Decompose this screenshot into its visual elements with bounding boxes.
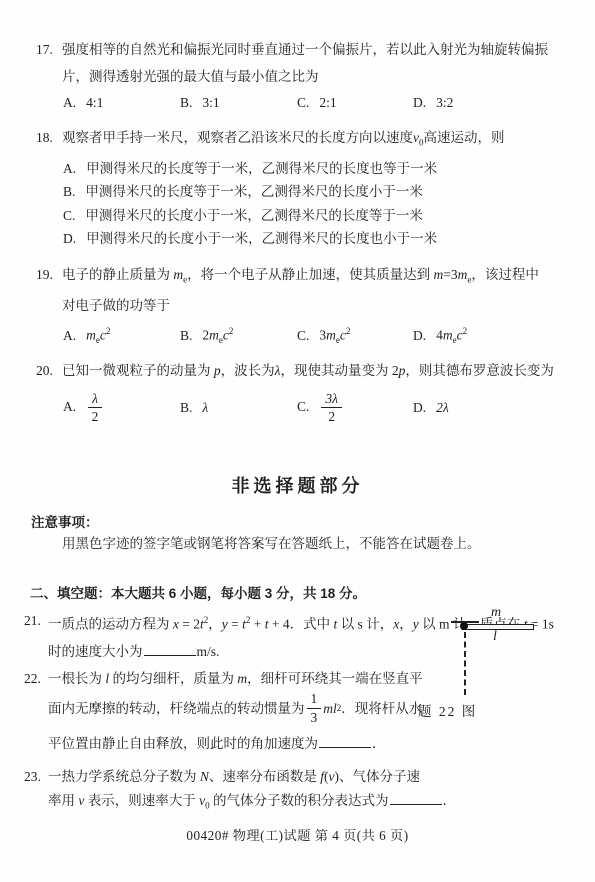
text-segment: + bbox=[250, 616, 264, 631]
option-d: D.2λ bbox=[413, 400, 571, 416]
option-label: D. bbox=[413, 400, 426, 415]
option-a: A.4:1 bbox=[63, 90, 180, 116]
question-text-line2: 片，测得透射光强的最大值与最小值之比为 bbox=[62, 63, 571, 90]
option-b: B.λ bbox=[180, 400, 297, 416]
question-20: 20. 已知一微观粒子的动量为 p，波长为λ，现使其动量变为 2p，则其德布罗意… bbox=[36, 357, 571, 430]
option-label: C. bbox=[297, 95, 309, 110]
question-number: 22. bbox=[24, 665, 48, 692]
text-segment: 高速运动，则 bbox=[424, 130, 505, 145]
question-text-line2: 率用 v 表示，则速率大于 v0 的气体分子数的积分表达式为． bbox=[48, 789, 575, 818]
rod-length-label: l bbox=[493, 629, 497, 645]
fraction-denominator: 3 bbox=[307, 709, 322, 726]
text-segment: 以 s 计， bbox=[337, 616, 393, 631]
math-var: m bbox=[458, 267, 468, 282]
question-18: 18. 观察者甲手持一米尺，观察者乙沿该米尺的长度方向以速度v0高速运动，则 A… bbox=[36, 124, 571, 251]
text-segment: 的均匀细杆，质量为 bbox=[109, 671, 237, 686]
fraction: 13 bbox=[307, 691, 322, 725]
math-sup: 2 bbox=[106, 326, 111, 336]
math-var: m bbox=[209, 328, 219, 343]
question-number: 20. bbox=[36, 357, 62, 384]
option-label: B. bbox=[180, 400, 192, 415]
option-label: B. bbox=[180, 95, 192, 110]
text-segment: 一热力学系统总分子数为 bbox=[48, 769, 200, 784]
text-segment: 表示，则速率大于 bbox=[84, 793, 199, 808]
fraction: λ2 bbox=[88, 391, 102, 425]
text-segment: 一质点的运动方程为 bbox=[48, 616, 173, 631]
option-a: A.甲测得米尺的长度等于一米，乙测得米尺的长度也等于一米 bbox=[63, 157, 571, 181]
options-row: A.λ2 B.λ C.3λ2 D.2λ bbox=[63, 386, 571, 430]
fraction: 3λ2 bbox=[321, 391, 342, 425]
text-segment: ，波长为 bbox=[221, 363, 275, 378]
rod-figure: m l 题 22 图 bbox=[415, 608, 580, 723]
rod-bar bbox=[462, 624, 534, 630]
answer-blank bbox=[144, 642, 196, 656]
notice-text: 用黑色字迹的签字笔或钢笔将答案写在答题纸上，不能答在试题卷上。 bbox=[62, 535, 595, 553]
notice-title: 注意事项： bbox=[31, 514, 595, 532]
option-label: B. bbox=[63, 184, 75, 199]
answer-blank bbox=[319, 734, 371, 748]
option-b: B.2mec2 bbox=[180, 318, 297, 353]
text-segment: ，现使其动量变为 2 bbox=[280, 363, 398, 378]
text-segment: 、气体分子速 bbox=[339, 769, 420, 784]
option-label: A. bbox=[63, 399, 76, 414]
option-b: B.甲测得米尺的长度等于一米，乙测得米尺的长度小于一米 bbox=[63, 180, 571, 204]
math-var: m bbox=[434, 267, 444, 282]
question-number: 18. bbox=[36, 124, 62, 157]
math-var: ml bbox=[323, 695, 337, 722]
text-segment: ，细杆可环绕其一端在竖直平 bbox=[247, 671, 423, 686]
text-segment: 面内无摩擦的转动，杆绕端点的转动惯量为 bbox=[48, 695, 305, 722]
text-segment: 已知一微观粒子的动量为 bbox=[62, 363, 214, 378]
option-label: D. bbox=[413, 328, 426, 343]
text-segment: m/s. bbox=[197, 644, 220, 659]
text-segment: ， bbox=[399, 616, 413, 631]
fill-in-header: 二、填空题：本大题共 6 小题，每小题 3 分，共 18 分。 bbox=[30, 584, 595, 604]
option-c: C.甲测得米尺的长度小于一米，乙测得米尺的长度等于一米 bbox=[63, 204, 571, 228]
math-var: m bbox=[86, 328, 96, 343]
option-text: 4:1 bbox=[86, 95, 103, 110]
text-segment: 时的速度大小为 bbox=[48, 644, 143, 659]
question-23: 23. 一热力学系统总分子数为 N、速率分布函数是 f(v)、气体分子速 率用 … bbox=[24, 765, 575, 818]
text-segment: =3 bbox=[443, 267, 457, 282]
options-row: A.mec2 B.2mec2 C.3mec2 D.4mec2 bbox=[63, 318, 571, 353]
option-a: A.mec2 bbox=[63, 318, 180, 353]
option-text: 3:2 bbox=[436, 95, 453, 110]
math-var: m bbox=[326, 328, 336, 343]
option-c: C.2:1 bbox=[297, 90, 413, 116]
math-sup: 2 bbox=[229, 326, 234, 336]
question-text-line1: 观察者甲手持一米尺，观察者乙沿该米尺的长度方向以速度v0高速运动，则 bbox=[62, 124, 571, 157]
option-d: D.甲测得米尺的长度小于一米，乙测得米尺的长度也小于一米 bbox=[63, 227, 571, 251]
math-sup: 2 bbox=[346, 326, 351, 336]
question-number: 17. bbox=[36, 36, 62, 63]
figure-caption: 题 22 图 bbox=[418, 700, 477, 720]
option-text: 3:1 bbox=[202, 95, 219, 110]
option-d: D.3:2 bbox=[413, 90, 571, 116]
option-label: D. bbox=[63, 231, 76, 246]
option-text: 甲测得米尺的长度等于一米，乙测得米尺的长度也等于一米 bbox=[86, 161, 437, 176]
math-var: m bbox=[237, 671, 247, 686]
option-label: A. bbox=[63, 95, 76, 110]
text-segment: ，则其德布罗意波长变为 bbox=[405, 363, 554, 378]
text-segment: = bbox=[228, 616, 242, 631]
text-segment: 一根长为 bbox=[48, 671, 105, 686]
question-text-line3: 平位置由静止自由释放，则此时的角加速度为． bbox=[48, 730, 575, 757]
question-19: 19. 电子的静止质量为 me，将一个电子从静止加速，使其质量达到 m=3me，… bbox=[36, 261, 571, 354]
text-segment: ．现将杆从水 bbox=[341, 695, 422, 722]
math-var: m bbox=[173, 267, 183, 282]
section-title: 非选择题部分 bbox=[0, 473, 595, 499]
option-label: D. bbox=[413, 95, 426, 110]
answer-blank bbox=[390, 791, 442, 805]
option-d: D.4mec2 bbox=[413, 318, 571, 353]
text-segment: 电子的静止质量为 bbox=[62, 267, 173, 282]
question-number: 23. bbox=[24, 765, 48, 789]
text-segment: ，该过程中 bbox=[471, 267, 539, 282]
option-label: A. bbox=[63, 328, 76, 343]
math-sup: 2 bbox=[463, 326, 468, 336]
option-text: λ bbox=[202, 400, 208, 415]
question-number: 19. bbox=[36, 261, 62, 294]
fraction-numerator: 1 bbox=[307, 691, 322, 709]
option-c: C.3mec2 bbox=[297, 318, 413, 353]
option-label: B. bbox=[180, 328, 192, 343]
question-17: 17. 强度相等的自然光和偏振光同时垂直通过一个偏振片，若以此入射光为轴旋转偏振… bbox=[36, 36, 571, 116]
question-text-line1: 已知一微观粒子的动量为 p，波长为λ，现使其动量变为 2p，则其德布罗意波长变为 bbox=[62, 357, 571, 384]
option-label: C. bbox=[297, 328, 309, 343]
exam-page: 17. 强度相等的自然光和偏振光同时垂直通过一个偏振片，若以此入射光为轴旋转偏振… bbox=[0, 0, 595, 882]
text-segment: 平位置由静止自由释放，则此时的角加速度为 bbox=[48, 736, 318, 751]
option-a: A.λ2 bbox=[63, 391, 180, 425]
option-text: 甲测得米尺的长度等于一米，乙测得米尺的长度小于一米 bbox=[85, 184, 423, 199]
rod-mass-label: m bbox=[491, 605, 501, 621]
option-label: A. bbox=[63, 161, 76, 176]
text-segment: ， bbox=[208, 616, 222, 631]
options-row: A.4:1 B.3:1 C.2:1 D.3:2 bbox=[63, 90, 571, 116]
option-label: C. bbox=[63, 208, 75, 223]
option-text: 甲测得米尺的长度小于一米，乙测得米尺的长度也小于一米 bbox=[86, 231, 437, 246]
text-segment: ． bbox=[372, 736, 386, 751]
text-segment: ． bbox=[443, 793, 457, 808]
option-text: 甲测得米尺的长度小于一米，乙测得米尺的长度等于一米 bbox=[85, 208, 423, 223]
pivot-dot bbox=[460, 622, 468, 630]
text-segment: 的气体分子数的积分表达式为 bbox=[210, 793, 389, 808]
text-segment: 观察者甲手持一米尺，观察者乙沿该米尺的长度方向以速度 bbox=[62, 130, 413, 145]
text-segment: 、速率分布函数是 bbox=[209, 769, 320, 784]
text-segment: 率用 bbox=[48, 793, 78, 808]
math-coef: 4 bbox=[436, 328, 443, 343]
math-var: m bbox=[443, 328, 453, 343]
option-text: 2:1 bbox=[319, 95, 336, 110]
fraction-denominator: 2 bbox=[88, 408, 102, 425]
text-segment: = 2 bbox=[179, 616, 200, 631]
option-label: C. bbox=[297, 399, 309, 414]
fraction-numerator: λ bbox=[88, 391, 102, 409]
option-c: C.3λ2 bbox=[297, 391, 413, 425]
text-segment: + 4．式中 bbox=[269, 616, 334, 631]
math-var: p bbox=[214, 363, 221, 378]
option-b: B.3:1 bbox=[180, 90, 297, 116]
question-number: 21. bbox=[24, 607, 48, 638]
option-text: 2λ bbox=[436, 400, 449, 415]
fraction-numerator: 3λ bbox=[321, 391, 342, 409]
vertical-dashed-line bbox=[464, 632, 466, 695]
math-var: N bbox=[200, 769, 209, 784]
page-footer: 00420# 物理(工)试题 第 4 页(共 6 页) bbox=[0, 825, 595, 844]
question-text-line2: 对电子做的功等于 bbox=[62, 293, 571, 318]
fraction-denominator: 2 bbox=[321, 408, 342, 425]
question-text-line1: 一热力学系统总分子数为 N、速率分布函数是 f(v)、气体分子速 bbox=[48, 765, 575, 789]
question-text-line1: 强度相等的自然光和偏振光同时垂直通过一个偏振片，若以此入射光为轴旋转偏振 bbox=[62, 36, 571, 63]
text-segment: ，将一个电子从静止加速，使其质量达到 bbox=[187, 267, 433, 282]
question-text-line1: 电子的静止质量为 me，将一个电子从静止加速，使其质量达到 m=3me，该过程中 bbox=[62, 261, 571, 294]
